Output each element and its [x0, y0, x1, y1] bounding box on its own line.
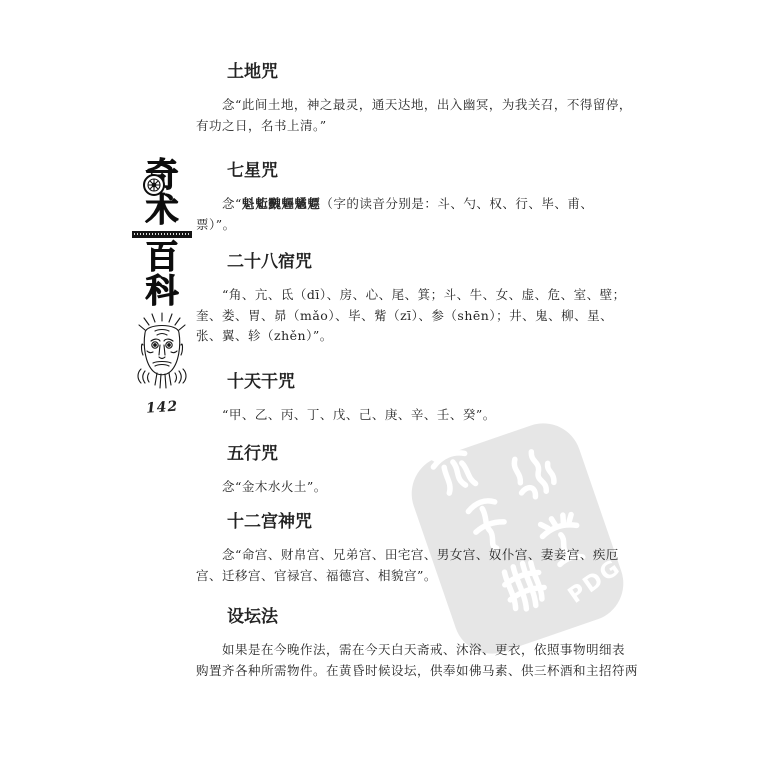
line-segment: 念“: [222, 196, 242, 211]
paragraph-line: “角、亢、氐（dī）、房、心、尾、箕；斗、牛、女、虚、危、室、壁；: [196, 285, 616, 306]
section-shiergongshen-zhou: 十二宫神咒 念“命宫、财帛宫、兄弟宫、田宅宫、男女宫、奴仆宫、妻妾宫、疾厄 宫、…: [196, 512, 616, 586]
section-wuxing-zhou: 五行咒 念“金木水火土”。: [196, 444, 616, 498]
paragraph-line: 购置齐各种所需物件。在黄昏时候设坛，供奉如佛马素、供三杯酒和主招符两: [196, 661, 616, 682]
paragraph-line: 念“魁𩲃䰢䰱魓䰬魒（字的读音分别是：斗、勺、权、行、毕、甫、: [196, 194, 616, 215]
section-heading: 五行咒: [227, 444, 616, 464]
paragraph-line: 奎、娄、胃、昴（mǎo）、毕、觜（zī）、参（shēn）；井、鬼、柳、星、: [196, 306, 616, 327]
paragraph-line: 念“金木水火土”。: [196, 477, 616, 498]
paragraph-line: 念“命宫、财帛宫、兄弟宫、田宅宫、男女宫、奴仆宫、妻妾宫、疾厄: [196, 545, 616, 566]
section-heading: 十天干咒: [227, 372, 616, 392]
section-shetan-fa: 设坛法 如果是在今晚作法，需在今天白天斋戒、沐浴、更衣，依照事物明细表 购置齐各…: [196, 607, 616, 681]
paragraph-line: 张、翼、轸（zhěn）”。: [196, 326, 616, 347]
section-heading: 二十八宿咒: [227, 252, 616, 272]
section-qixing-zhou: 七星咒 念“魁𩲃䰢䰱魓䰬魒（字的读音分别是：斗、勺、权、行、毕、甫、 票）”。: [196, 161, 616, 235]
section-heading: 土地咒: [227, 62, 616, 82]
scanned-book-page: PDG 奇 术 百 科: [0, 0, 768, 768]
section-tudi-zhou: 土地咒 念“此间土地，神之最灵，通天达地，出入幽冥，为我关召，不得留停， 有功之…: [196, 62, 616, 136]
section-heading: 七星咒: [227, 161, 616, 181]
section-heading: 设坛法: [227, 607, 616, 627]
paragraph-line: “甲、乙、丙、丁、戊、己、庚、辛、壬、癸”。: [196, 405, 616, 426]
paragraph-line: 宫、迁移宫、官禄宫、福德宫、相貌宫”。: [196, 566, 616, 587]
section-heading: 十二宫神咒: [227, 512, 616, 532]
paragraph-line: 有功之日，名书上清。”: [196, 116, 616, 137]
paragraph-line: 票）”。: [196, 215, 616, 236]
page-content: 土地咒 念“此间土地，神之最灵，通天达地，出入幽冥，为我关召，不得留停， 有功之…: [0, 0, 768, 768]
star-names-bold: 魁𩲃䰢䰱魓䰬魒: [242, 196, 321, 211]
section-ershibaxiu-zhou: 二十八宿咒 “角、亢、氐（dī）、房、心、尾、箕；斗、牛、女、虚、危、室、壁； …: [196, 252, 616, 347]
paragraph-line: 念“此间土地，神之最灵，通天达地，出入幽冥，为我关召，不得留停，: [196, 95, 616, 116]
line-segment: （字的读音分别是：斗、勺、权、行、毕、甫、: [320, 196, 593, 211]
section-shitiangan-zhou: 十天干咒 “甲、乙、丙、丁、戊、己、庚、辛、壬、癸”。: [196, 372, 616, 426]
paragraph-line: 如果是在今晚作法，需在今天白天斋戒、沐浴、更衣，依照事物明细表: [196, 640, 616, 661]
